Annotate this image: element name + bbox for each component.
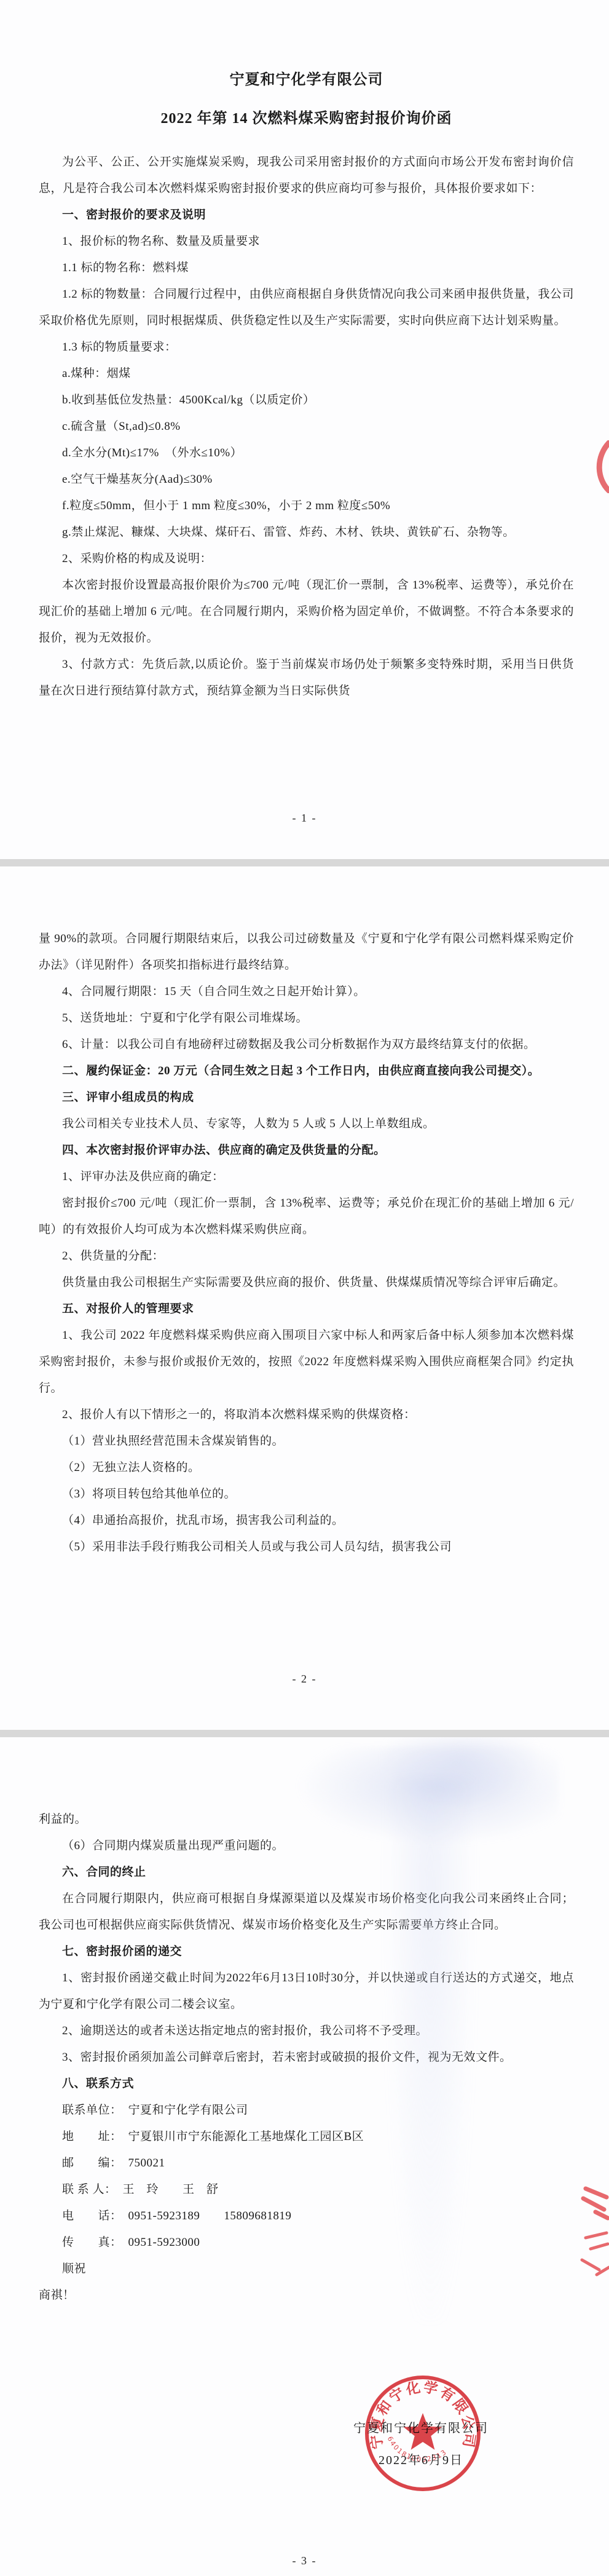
contact-line: 传 真： 0951-5923000 bbox=[39, 2229, 574, 2256]
paragraph: 1.1 标的物名称：燃料煤 bbox=[39, 255, 574, 281]
paragraph: f.粒度≤50mm，但小于 1 mm 粒度≤30%，小于 2 mm 粒度≤50% bbox=[39, 493, 574, 519]
document-title: 宁夏和宁化学有限公司 bbox=[39, 68, 574, 92]
paragraph: d.全水分(Mt)≤17% （外水≤10%） bbox=[39, 440, 574, 466]
paragraph: （2）无独立法人资格的。 bbox=[39, 1454, 574, 1481]
paragraph: 3、付款方式：先货后款,以质论价。鉴于当前煤炭市场仍处于频繁多变特殊时期，采用当… bbox=[39, 651, 574, 704]
page-3: 利益的。（6）合同期内煤炭质量出现严重问题的。六、合同的终止在合同履行期限内，供… bbox=[0, 1737, 609, 2576]
paragraph: 1、报价标的物名称、数量及质量要求 bbox=[39, 228, 574, 255]
paragraph: （1）营业执照经营范围未含煤炭销售的。 bbox=[39, 1428, 574, 1454]
page-number: - 1 - bbox=[0, 812, 609, 825]
paragraph: 为公平、公正、公开实施煤炭采购，现我公司采用密封报价的方式面向市场公开发布密封询… bbox=[39, 149, 574, 202]
edge-seal-fragment-2 bbox=[575, 2230, 609, 2282]
document-subtitle: 2022 年第 14 次燃料煤采购密封报价询价函 bbox=[39, 106, 574, 131]
paragraph: 供货量由我公司根据生产实际需要及供应商的报价、供货量、供煤煤质情况等综合评审后确… bbox=[39, 1269, 574, 1296]
paragraph: 量 90%的款项。合同履行期限结束后，以我公司过磅数量及《宁夏和宁化学有限公司燃… bbox=[39, 925, 574, 978]
contact-line: 地 址： 宁夏银川市宁东能源化工基地煤化工园区B区 bbox=[39, 2123, 574, 2150]
paragraph: 密封报价≤700 元/吨（现汇价一票制，含 13%税率、运费等；承兑价在现汇价的… bbox=[39, 1190, 574, 1243]
paragraph: 2、采购价格的构成及说明： bbox=[39, 545, 574, 572]
paragraph: （5）采用非法手段行贿我公司相关人员或与我公司人员勾结，损害我公司 bbox=[39, 1534, 574, 1560]
paragraph: 在合同履行期限内，供应商可根据自身煤源渠道以及煤炭市场价格变化向我公司来函终止合… bbox=[39, 1885, 574, 1938]
section-heading: 五、对报价人的管理要求 bbox=[39, 1296, 574, 1322]
edge-seal-fragment-page1 bbox=[591, 440, 609, 493]
section-heading: 八、联系方式 bbox=[39, 2071, 574, 2097]
page-number: - 3 - bbox=[0, 2554, 609, 2567]
paragraph: c.硫含量（St,ad)≤0.8% bbox=[39, 413, 574, 440]
section-heading: 二、履约保证金：20 万元（合同生效之日起 3 个工作日内，由供应商直接向我公司… bbox=[39, 1058, 574, 1084]
company-seal-stamp: 宁夏和宁化学有限公司 6401810002313 bbox=[361, 2372, 484, 2495]
page-1-content: 宁夏和宁化学有限公司2022 年第 14 次燃料煤采购密封报价询价函为公平、公正… bbox=[0, 0, 609, 704]
paragraph: a.煤种：烟煤 bbox=[39, 360, 574, 387]
paragraph: 1、我公司 2022 年度燃料煤采购供应商入围项目六家中标人和两家后备中标人须参… bbox=[39, 1322, 574, 1401]
page-number: - 2 - bbox=[0, 1673, 609, 1686]
paragraph: 1.3 标的物质量要求： bbox=[39, 334, 574, 360]
paragraph: 1、评审办法及供应商的确定： bbox=[39, 1163, 574, 1190]
paragraph: （3）将项目转包给其他单位的。 bbox=[39, 1481, 574, 1507]
contact-line: 联 系 人： 王 玲 王 舒 bbox=[39, 2176, 574, 2203]
edge-seal-fragment-1 bbox=[577, 2184, 609, 2223]
paragraph: 3、密封报价函须加盖公司鲜章后密封，若未密封或破损的报价文件，视为无效文件。 bbox=[39, 2044, 574, 2071]
paragraph: 我公司相关专业技术人员、专家等，人数为 5 人或 5 人以上单数组成。 bbox=[39, 1111, 574, 1137]
paragraph: 4、合同履行期限：15 天（自合同生效之日起开始计算）。 bbox=[39, 978, 574, 1005]
paragraph: 2、逾期送达的或者未送达指定地点的密封报价，我公司将不予受理。 bbox=[39, 2018, 574, 2044]
seal-star bbox=[404, 2413, 442, 2450]
section-heading: 六、合同的终止 bbox=[39, 1859, 574, 1885]
section-heading: 三、评审小组成员的构成 bbox=[39, 1084, 574, 1111]
paragraph: 利益的。 bbox=[39, 1806, 574, 1833]
page-2-content: 量 90%的款项。合同履行期限结束后，以我公司过磅数量及《宁夏和宁化学有限公司燃… bbox=[0, 866, 609, 1560]
page-1: 宁夏和宁化学有限公司2022 年第 14 次燃料煤采购密封报价询价函为公平、公正… bbox=[0, 0, 609, 859]
paragraph: 顺祝 bbox=[39, 2256, 574, 2282]
paragraph: 商祺！ bbox=[39, 2282, 574, 2308]
paragraph: 2、供货量的分配： bbox=[39, 1243, 574, 1269]
page-2: 量 90%的款项。合同履行期限结束后，以我公司过磅数量及《宁夏和宁化学有限公司燃… bbox=[0, 866, 609, 1730]
paragraph: 6、计量：以我公司自有地磅秤过磅数据及我公司分析数据作为双方最终结算支付的依据。 bbox=[39, 1031, 574, 1058]
section-heading: 一、密封报价的要求及说明 bbox=[39, 202, 574, 228]
section-heading: 七、密封报价函的递交 bbox=[39, 1938, 574, 1965]
page-separator bbox=[0, 859, 609, 866]
paragraph: 1.2 标的物数量：合同履行过程中，由供应商根据自身供货情况向我公司来函申报供货… bbox=[39, 281, 574, 334]
document: 宁夏和宁化学有限公司2022 年第 14 次燃料煤采购密封报价询价函为公平、公正… bbox=[0, 0, 609, 2576]
paragraph: 5、送货地址：宁夏和宁化学有限公司堆煤场。 bbox=[39, 1005, 574, 1031]
page-3-content: 利益的。（6）合同期内煤炭质量出现严重问题的。六、合同的终止在合同履行期限内，供… bbox=[0, 1737, 609, 2308]
paragraph: 1、密封报价函递交截止时间为2022年6月13日10时30分，并以快递或自行送达… bbox=[39, 1965, 574, 2018]
paragraph: （4）串通抬高报价，扰乱市场，损害我公司利益的。 bbox=[39, 1507, 574, 1534]
paragraph: e.空气干燥基灰分(Aad)≤30% bbox=[39, 466, 574, 493]
paragraph: （6）合同期内煤炭质量出现严重问题的。 bbox=[39, 1833, 574, 1859]
contact-line: 邮 编： 750021 bbox=[39, 2150, 574, 2176]
paragraph: b.收到基低位发热量：4500Kcal/kg（以质定价） bbox=[39, 387, 574, 413]
paragraph: 2、报价人有以下情形之一的，将取消本次燃料煤采购的供煤资格： bbox=[39, 1401, 574, 1428]
section-heading: 四、本次密封报价评审办法、供应商的确定及供货量的分配。 bbox=[39, 1137, 574, 1163]
contact-line: 电 话： 0951-5923189 15809681819 bbox=[39, 2203, 574, 2229]
page-separator bbox=[0, 1730, 609, 1737]
paragraph: 本次密封报价设置最高报价限价为≤700 元/吨（现汇价一票制，含 13%税率、运… bbox=[39, 572, 574, 651]
contact-line: 联系单位： 宁夏和宁化学有限公司 bbox=[39, 2097, 574, 2123]
paragraph: g.禁止煤泥、糠煤、大块煤、煤矸石、雷管、炸药、木材、铁块、黄铁矿石、杂物等。 bbox=[39, 519, 574, 545]
